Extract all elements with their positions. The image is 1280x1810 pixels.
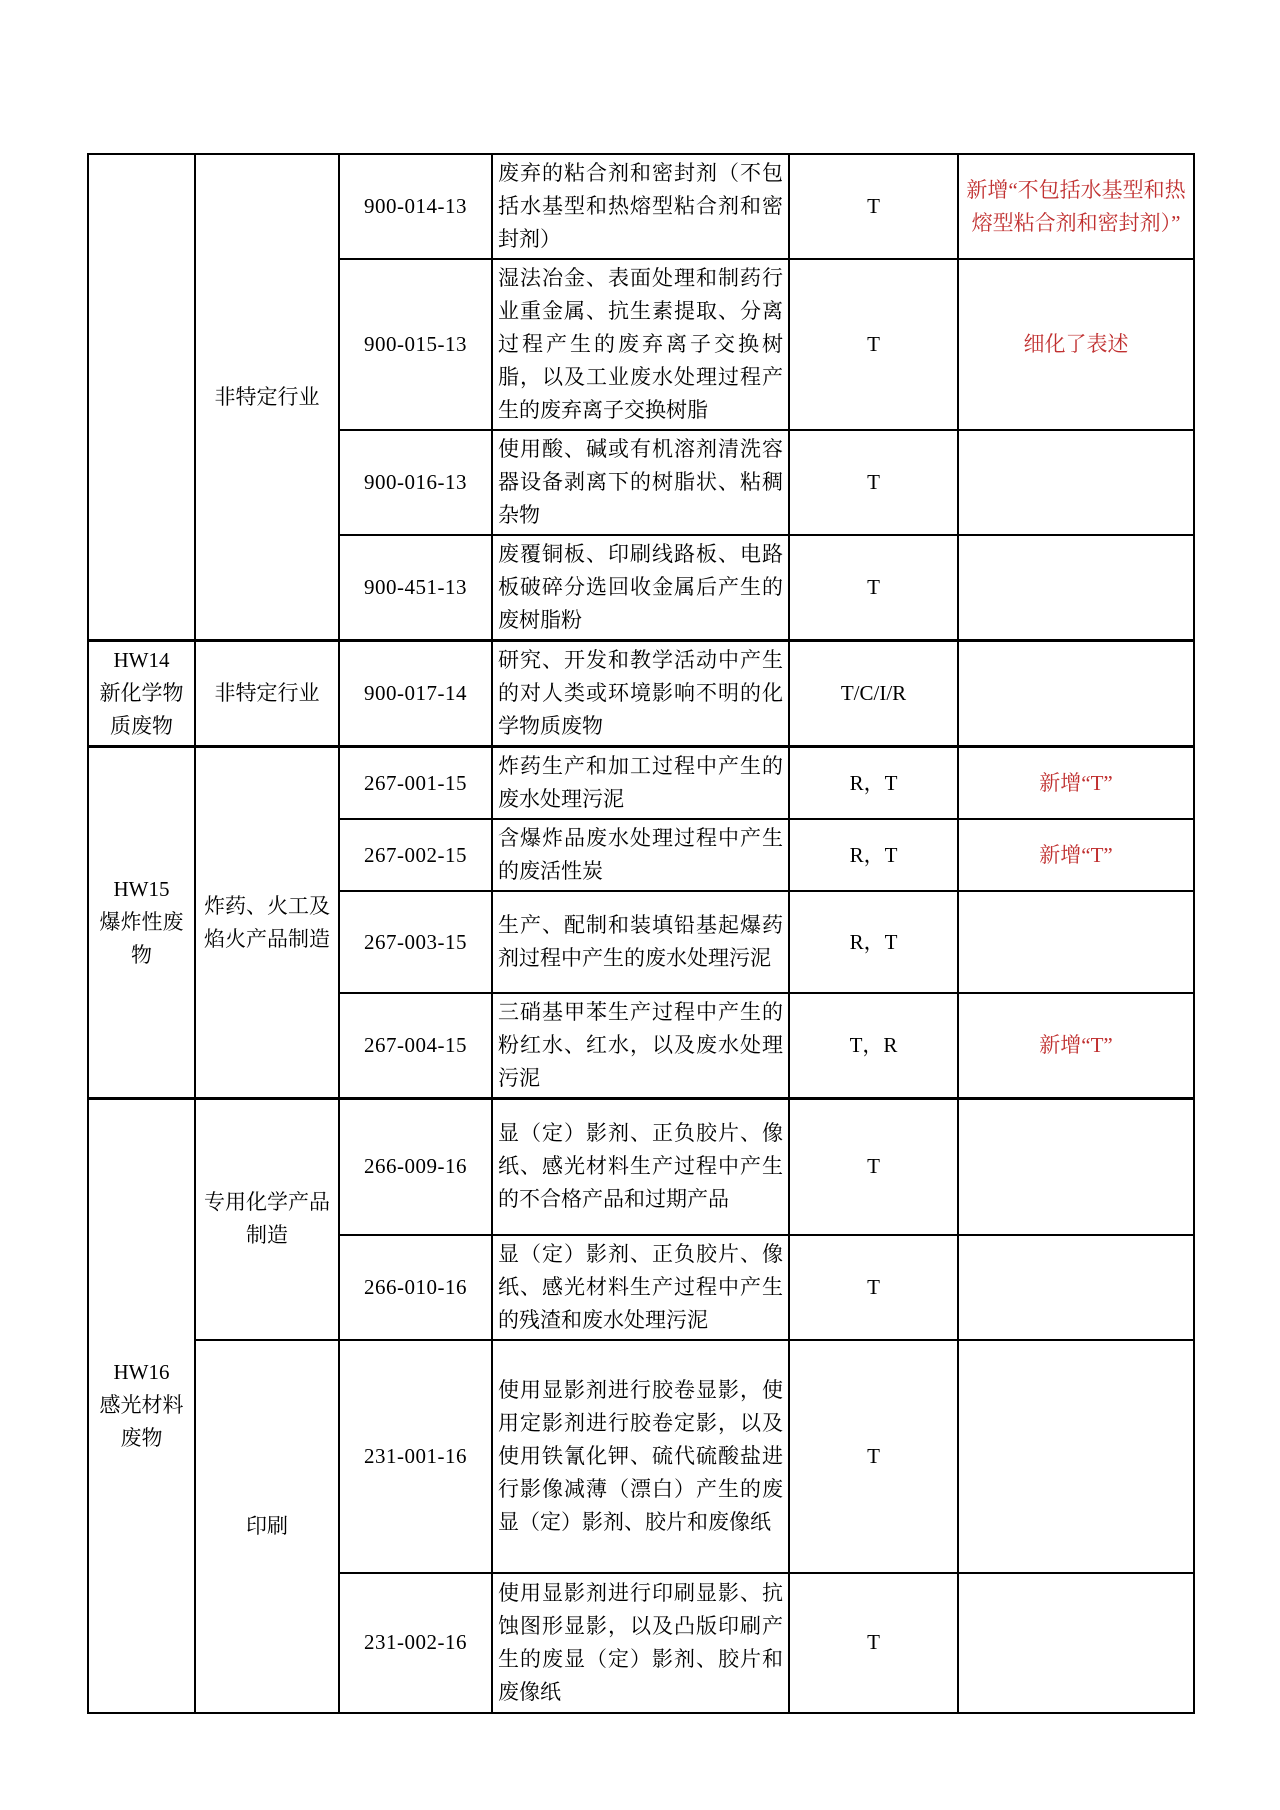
revision-note-cell: [958, 891, 1194, 993]
waste-code-cell: 900-017-14: [339, 641, 492, 747]
hazard-property-cell: T: [789, 1099, 958, 1235]
category-cell: HW15 爆炸性废物: [88, 747, 195, 1099]
waste-code-cell: 267-001-15: [339, 747, 492, 820]
waste-code-cell: 266-010-16: [339, 1235, 492, 1340]
industry-cell: 非特定行业: [195, 641, 339, 747]
waste-code-cell: 267-002-15: [339, 819, 492, 891]
description-cell: 使用显影剂进行胶卷显影，使用定影剂进行胶卷定影，以及使用铁氰化钾、硫代硫酸盐进行…: [492, 1340, 789, 1573]
description-cell: 生产、配制和装填铅基起爆药剂过程中产生的废水处理污泥: [492, 891, 789, 993]
hazardous-waste-table: 非特定行业 900-014-13 废弃的粘合剂和密封剂（不包括水基型和热熔型粘合…: [87, 153, 1195, 1714]
revision-note-cell: 细化了表述: [958, 259, 1194, 430]
category-cell: HW14 新化学物质废物: [88, 641, 195, 747]
revision-note-cell: 新增“T”: [958, 747, 1194, 820]
category-cell: HW16 感光材料废物: [88, 1099, 195, 1713]
hazard-property-cell: R，T: [789, 747, 958, 820]
description-cell: 含爆炸品废水处理过程中产生的废活性炭: [492, 819, 789, 891]
industry-cell: 炸药、火工及焰火产品制造: [195, 747, 339, 1099]
hazardous-waste-table-wrap: 非特定行业 900-014-13 废弃的粘合剂和密封剂（不包括水基型和热熔型粘合…: [87, 153, 1195, 1714]
waste-code-cell: 267-003-15: [339, 891, 492, 993]
description-cell: 三硝基甲苯生产过程中产生的粉红水、红水，以及废水处理污泥: [492, 993, 789, 1099]
revision-note-cell: [958, 430, 1194, 535]
description-cell: 湿法冶金、表面处理和制药行业重金属、抗生素提取、分离过程产生的废弃离子交换树脂，…: [492, 259, 789, 430]
hazard-property-cell: T: [789, 259, 958, 430]
waste-code-cell: 266-009-16: [339, 1099, 492, 1235]
revision-note-cell: [958, 1573, 1194, 1713]
description-cell: 废覆铜板、印刷线路板、电路板破碎分选回收金属后产生的废树脂粉: [492, 535, 789, 641]
revision-note-cell: 新增“T”: [958, 993, 1194, 1099]
waste-code-cell: 900-451-13: [339, 535, 492, 641]
description-cell: 使用显影剂进行印刷显影、抗蚀图形显影，以及凸版印刷产生的废显（定）影剂、胶片和废…: [492, 1573, 789, 1713]
category-cell: [88, 154, 195, 641]
revision-note-cell: 新增“不包括水基型和热熔型粘合剂和密封剂）”: [958, 154, 1194, 259]
description-cell: 废弃的粘合剂和密封剂（不包括水基型和热熔型粘合剂和密封剂）: [492, 154, 789, 259]
revision-note-cell: [958, 1340, 1194, 1573]
table-row: HW16 感光材料废物 专用化学产品制造 266-009-16 显（定）影剂、正…: [88, 1099, 1194, 1235]
industry-cell: 非特定行业: [195, 154, 339, 641]
hazard-property-cell: T: [789, 1340, 958, 1573]
hazard-property-cell: T: [789, 1235, 958, 1340]
revision-note-cell: [958, 641, 1194, 747]
hazard-property-cell: T: [789, 535, 958, 641]
waste-code-cell: 231-001-16: [339, 1340, 492, 1573]
hazard-property-cell: T/C/I/R: [789, 641, 958, 747]
revision-note-cell: [958, 535, 1194, 641]
waste-code-cell: 900-014-13: [339, 154, 492, 259]
industry-cell: 印刷: [195, 1340, 339, 1713]
description-cell: 研究、开发和教学活动中产生的对人类或环境影响不明的化学物质废物: [492, 641, 789, 747]
description-cell: 使用酸、碱或有机溶剂清洗容器设备剥离下的树脂状、粘稠杂物: [492, 430, 789, 535]
table-row: HW14 新化学物质废物 非特定行业 900-017-14 研究、开发和教学活动…: [88, 641, 1194, 747]
description-cell: 炸药生产和加工过程中产生的废水处理污泥: [492, 747, 789, 820]
hazard-property-cell: R，T: [789, 819, 958, 891]
description-cell: 显（定）影剂、正负胶片、像纸、感光材料生产过程中产生的不合格产品和过期产品: [492, 1099, 789, 1235]
table-row: 印刷 231-001-16 使用显影剂进行胶卷显影，使用定影剂进行胶卷定影，以及…: [88, 1340, 1194, 1573]
revision-note-cell: [958, 1235, 1194, 1340]
revision-note-cell: 新增“T”: [958, 819, 1194, 891]
revision-note-cell: [958, 1099, 1194, 1235]
table-row: 非特定行业 900-014-13 废弃的粘合剂和密封剂（不包括水基型和热熔型粘合…: [88, 154, 1194, 259]
waste-code-cell: 231-002-16: [339, 1573, 492, 1713]
industry-cell: 专用化学产品制造: [195, 1099, 339, 1340]
waste-code-cell: 267-004-15: [339, 993, 492, 1099]
waste-code-cell: 900-015-13: [339, 259, 492, 430]
waste-code-cell: 900-016-13: [339, 430, 492, 535]
hazard-property-cell: T: [789, 1573, 958, 1713]
hazard-property-cell: T: [789, 430, 958, 535]
hazard-property-cell: T，R: [789, 993, 958, 1099]
description-cell: 显（定）影剂、正负胶片、像纸、感光材料生产过程中产生的残渣和废水处理污泥: [492, 1235, 789, 1340]
document-page: 非特定行业 900-014-13 废弃的粘合剂和密封剂（不包括水基型和热熔型粘合…: [0, 0, 1280, 1810]
table-row: HW15 爆炸性废物 炸药、火工及焰火产品制造 267-001-15 炸药生产和…: [88, 747, 1194, 820]
hazard-property-cell: T: [789, 154, 958, 259]
hazard-property-cell: R，T: [789, 891, 958, 993]
